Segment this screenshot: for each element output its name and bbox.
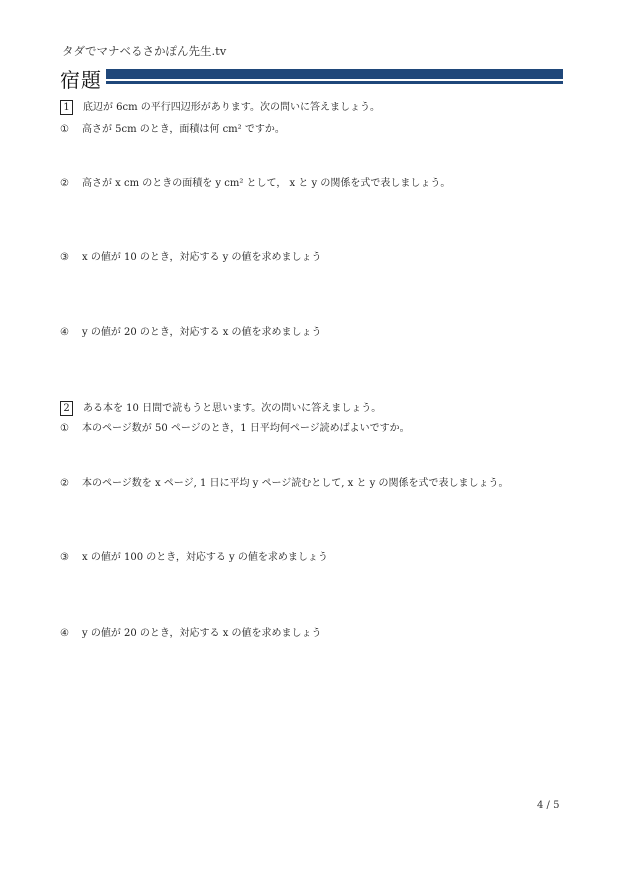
problem-1-question-3: ③x の値が 10 のとき，対応する y の値を求めましょう — [60, 248, 322, 263]
problem-number-box: 1 — [60, 100, 73, 115]
problem-2-question-2: ②本のページ数を x ページ, 1 日に平均 y ページ読むとして, x と y… — [60, 474, 509, 489]
problem-2-question-1: ①本のページ数が 50 ページのとき，1 日平均何ページ読めばよいですか。 — [60, 419, 410, 434]
title-bar-thick — [106, 69, 563, 79]
title-bar-thin — [106, 81, 563, 84]
problem-1-question-1: ①高さが 5cm のとき，面積は何 cm² ですか。 — [60, 120, 285, 135]
problem-1-question-4: ④y の値が 20 のとき，対応する x の値を求めましょう — [60, 323, 322, 338]
problem-1-question-2: ②高さが x cm のときの面積を y cm² として， x と y の関係を式… — [60, 174, 450, 189]
problem-2-question-4: ④y の値が 20 のとき，対応する x の値を求めましょう — [60, 624, 322, 639]
page-indicator: 4 / 5 — [537, 800, 559, 811]
page-title: 宿題 — [60, 64, 102, 93]
problem-2-statement: 2ある本を 10 日間で読もうと思います。次の問いに答えましょう。 — [60, 399, 381, 416]
site-name: タダでマナベるさかぽん先生.tv — [62, 43, 226, 59]
title-row: 宿題 — [60, 66, 565, 92]
problem-2-question-3: ③x の値が 100 のとき，対応する y の値を求めましょう — [60, 548, 328, 563]
problem-1-statement: 1底辺が 6cm の平行四辺形があります。次の問いに答えましょう。 — [60, 98, 380, 115]
problem-number-box: 2 — [60, 401, 73, 416]
